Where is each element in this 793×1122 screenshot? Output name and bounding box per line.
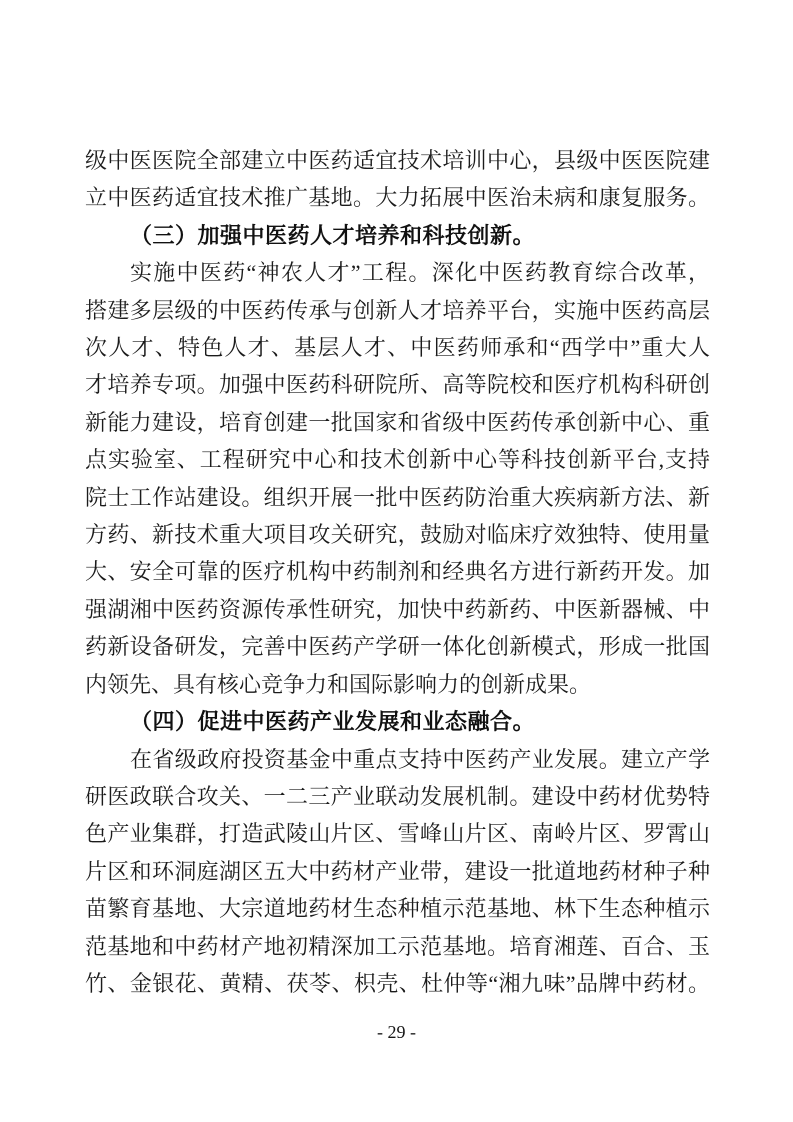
text-line: 药新设备研发，完善中医药产学研一体化创新模式，形成一批国 bbox=[85, 628, 710, 665]
text-line: 大、安全可靠的医疗机构中药制剂和经典名方进行新药开发。加 bbox=[85, 553, 710, 590]
text-line: 内领先、具有核心竞争力和国际影响力的创新成果。 bbox=[85, 666, 710, 703]
text-line: 苗繁育基地、大宗道地药材生态种植示范基地、林下生态种植示 bbox=[85, 890, 710, 927]
document-body: 级中医医院全部建立中医药适宜技术培训中心，县级中医医院建立中医药适宜技术推广基地… bbox=[85, 142, 710, 1002]
text-line: 才培养专项。加强中医药科研院所、高等院校和医疗机构科研创 bbox=[85, 366, 710, 403]
text-line: 级中医医院全部建立中医药适宜技术培训中心，县级中医医院建 bbox=[85, 142, 710, 179]
text-line: 次人才、特色人才、基层人才、中医药师承和“西学中”重大人 bbox=[85, 329, 710, 366]
text-line: 强湖湘中医药资源传承性研究，加快中药新药、中医新器械、中 bbox=[85, 591, 710, 628]
text-line: 片区和环洞庭湖区五大中药材产业带，建设一批道地药材种子种 bbox=[85, 853, 710, 890]
text-line: 范基地和中药材产地初精深加工示范基地。培育湘莲、百合、玉 bbox=[85, 928, 710, 965]
text-line: 立中医药适宜技术推广基地。大力拓展中医治未病和康复服务。 bbox=[85, 179, 710, 216]
text-line: 院士工作站建设。组织开展一批中医药防治重大疾病新方法、新 bbox=[85, 479, 710, 516]
text-line: 实施中医药“神农人才”工程。深化中医药教育综合改革， bbox=[85, 254, 710, 291]
text-line: 研医政联合攻关、一二三产业联动发展机制。建设中药材优势特 bbox=[85, 778, 710, 815]
section-heading-four: （四）促进中医药产业发展和业态融合。 bbox=[85, 703, 710, 740]
section-heading-three: （三）加强中医药人才培养和科技创新。 bbox=[85, 217, 710, 254]
text-line: 在省级政府投资基金中重点支持中医药产业发展。建立产学 bbox=[85, 741, 710, 778]
text-line: 色产业集群，打造武陵山片区、雪峰山片区、南岭片区、罗霄山 bbox=[85, 815, 710, 852]
text-line: 竹、金银花、黄精、茯苓、枳壳、杜仲等“湘九味”品牌中药材。 bbox=[85, 965, 710, 1002]
text-line: 搭建多层级的中医药传承与创新人才培养平台，实施中医药高层 bbox=[85, 292, 710, 329]
text-line: 新能力建设，培育创建一批国家和省级中医药传承创新中心、重 bbox=[85, 404, 710, 441]
page-number: - 29 - bbox=[0, 1020, 793, 1044]
text-line: 方药、新技术重大项目攻关研究，鼓励对临床疗效独特、使用量 bbox=[85, 516, 710, 553]
text-line: 点实验室、工程研究中心和技术创新中心等科技创新平台,支持 bbox=[85, 441, 710, 478]
document-page: 级中医医院全部建立中医药适宜技术培训中心，县级中医医院建立中医药适宜技术推广基地… bbox=[0, 0, 793, 1122]
